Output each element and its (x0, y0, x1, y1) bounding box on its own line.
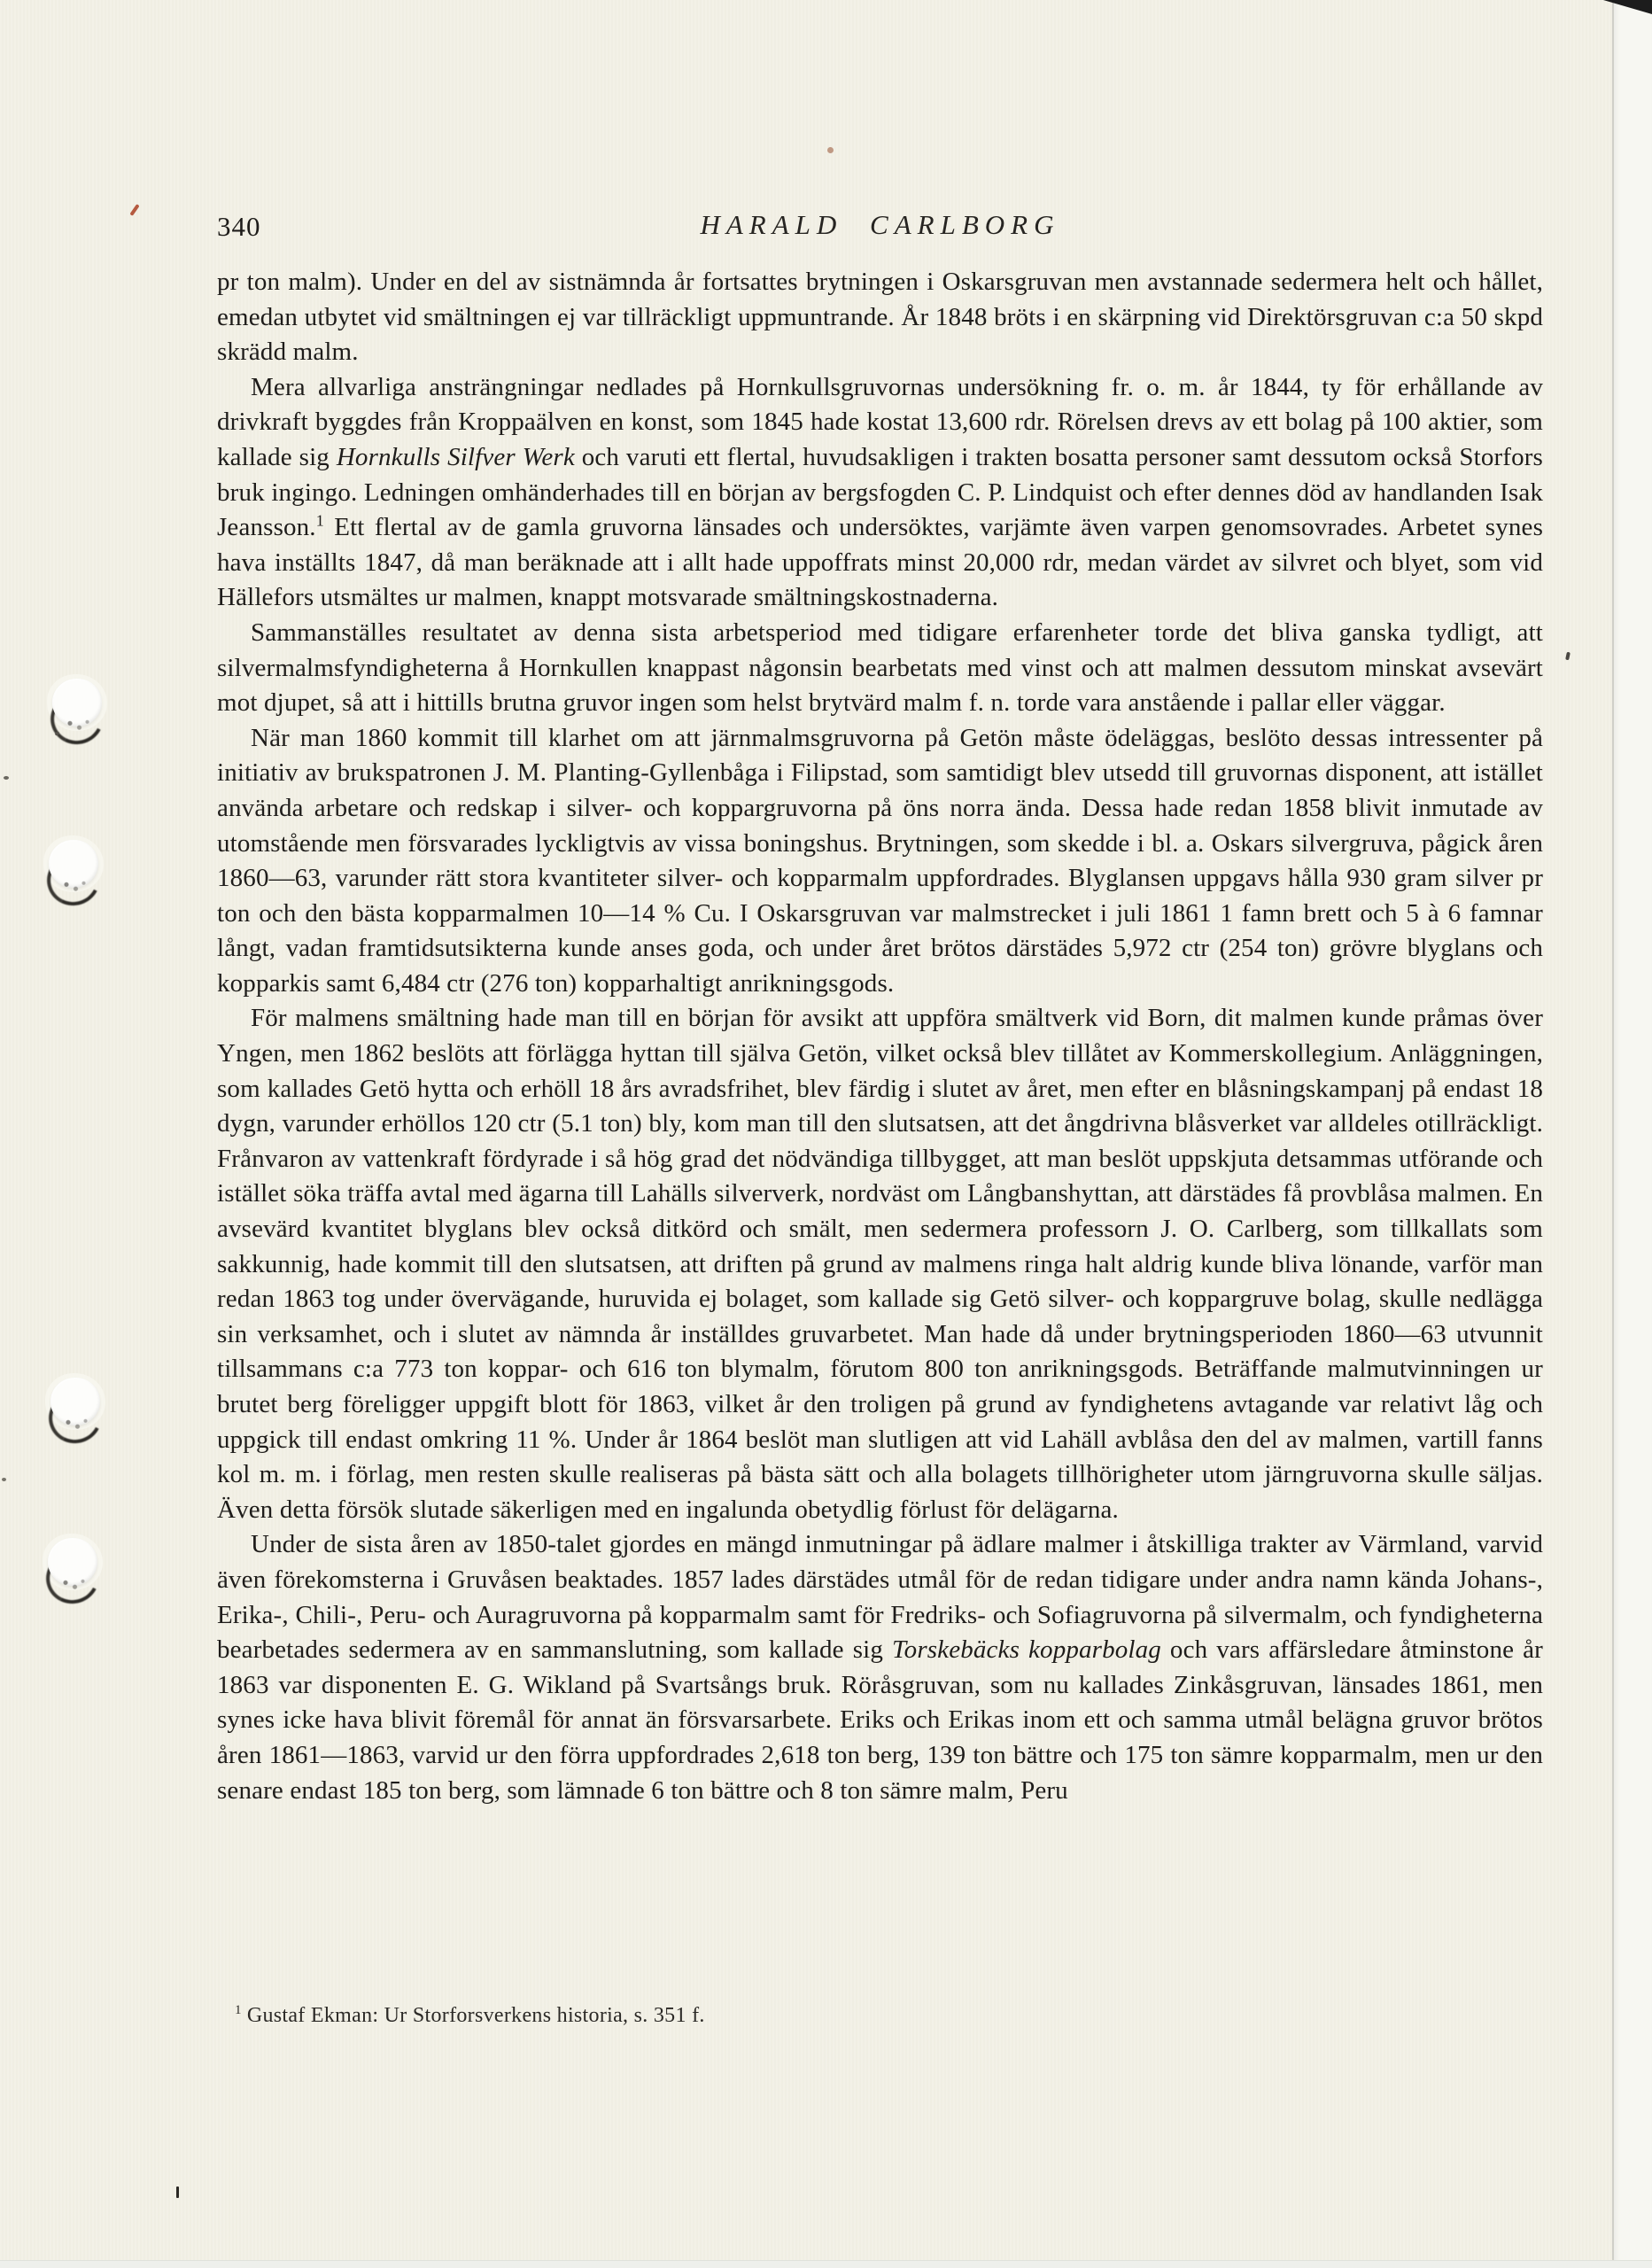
paragraph: För malmens smältning hade man till en b… (217, 1001, 1543, 1527)
paragraph: Mera allvarliga ansträngningar nedlades … (217, 370, 1543, 616)
scan-mark (827, 147, 834, 153)
scan-corner-shadow (1603, 0, 1652, 14)
page-edge-strip (1612, 0, 1652, 2268)
footnote-text: Gustaf Ekman: Ur Storforsverkens histori… (247, 2004, 705, 2027)
paragraph: Sammanställes resultatet av denna sista … (217, 616, 1543, 721)
scan-mark (129, 204, 139, 216)
paragraph: pr ton malm). Under en del av sistnämnda… (217, 265, 1543, 370)
scan-mark (176, 2186, 179, 2198)
footnote: 1Gustaf Ekman: Ur Storforsverkens histor… (235, 2004, 1298, 2028)
paragraph: Under de sista åren av 1850-talet gjorde… (217, 1527, 1543, 1808)
text-block: pr ton malm). Under en del av sistnämnda… (217, 265, 1543, 1808)
scan-mark (4, 776, 9, 780)
scan-mark (1565, 652, 1571, 661)
page-scan: 340 HARALD CARLBORG pr ton malm). Under … (0, 0, 1652, 2268)
running-header: HARALD CARLBORG (217, 209, 1543, 241)
scan-mark (2, 1478, 6, 1481)
footnote-marker: 1 (235, 2003, 242, 2017)
paragraph: När man 1860 kommit till klarhet om att … (217, 721, 1543, 1002)
scan-bottom-edge (0, 2260, 1652, 2268)
